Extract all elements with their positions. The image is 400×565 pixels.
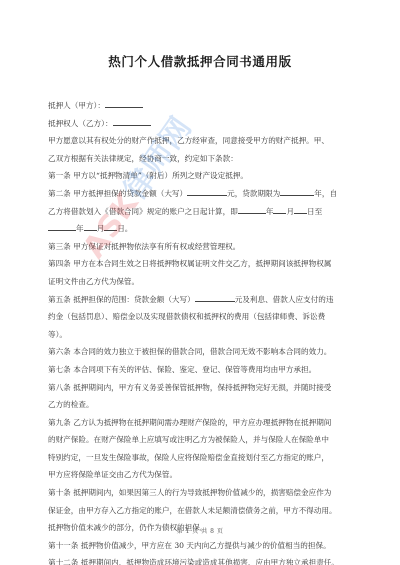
mortgagor-line: 抵押人（甲方）： bbox=[48, 97, 363, 115]
mortgagor-label: 抵押人（甲方）： bbox=[48, 101, 105, 110]
clause-2-text: 第二条 甲方抵押担保的贷款金额（大写） bbox=[48, 189, 187, 198]
clause-9-line-1: 第九条 乙方认为抵押物在抵押期间需办理财产保险的，甲方应办理抵押物在抵押期间 bbox=[48, 414, 363, 432]
start-month-blank bbox=[273, 204, 286, 214]
clause-5-line-1: 第五条 抵押担保的范围：贷款金额（大写）元及利息、借款人应支付的违 bbox=[48, 291, 363, 309]
preamble-line-1: 甲方愿意以其有权处分的财产作抵押，乙方经审查，同意接受甲方的财产抵押。甲、 bbox=[48, 132, 363, 150]
clause-5-text: 元及利息、借款人应支付的违 bbox=[235, 295, 334, 304]
clause-9-line-2: 的财产保险。在财产保险单上应填写或注明乙方为被保险人，并与保险人在保险单中 bbox=[48, 431, 363, 449]
clause-2-text: 元，贷款期限为 bbox=[227, 189, 280, 198]
mortgagee-line: 抵押权人（乙方）： bbox=[48, 115, 363, 133]
month-label: 月 bbox=[97, 224, 105, 233]
year-label: 年 bbox=[266, 207, 274, 216]
preamble-line-2: 乙双方根据有关法律规定，经协商一致，约定如下条款： bbox=[48, 150, 363, 168]
clause-4-line-2: 证明文件由乙方代为保管。 bbox=[48, 273, 363, 291]
start-year-blank bbox=[238, 204, 266, 214]
page-number: 第 1 页 共 8 页 bbox=[0, 526, 400, 535]
clause-10-line-1: 第十条 抵押期间内，如果因第三人的行为导致抵押物价值减少的，损害赔偿金应作为 bbox=[48, 484, 363, 502]
clause-9-line-3: 特别约定，一旦发生保险事故，保险人应将保险赔偿金直接划付至乙方指定的账户， bbox=[48, 449, 363, 467]
day-to-label: 日至 bbox=[307, 207, 322, 216]
document-title: 热门个人借款抵押合同书通用版 bbox=[0, 52, 400, 70]
clause-7: 第七条 本合同项下有关的评估、保险、鉴定、登记、保管等费用均由甲方承担。 bbox=[48, 361, 363, 379]
mortgagor-blank bbox=[105, 98, 143, 108]
mortgagee-label: 抵押权人（乙方）： bbox=[48, 119, 113, 128]
clause-9-line-4: 甲方应将保险单证交由乙方代为保管。 bbox=[48, 466, 363, 484]
clause-11: 第十一条 抵押物价值减少，甲方应在 30 天内向乙方提供与减少的价值相当的担保。 bbox=[48, 537, 363, 555]
clause-5-line-2: 约金（包括罚息）、赔偿金以及实现借款债权和抵押权的费用（包括律师费、诉讼费 bbox=[48, 308, 363, 326]
loan-amount-blank bbox=[187, 186, 227, 196]
month-label: 月 bbox=[286, 207, 294, 216]
clause-1: 第一条 甲方以“抵押物清单”（附后）所列之财产设定抵押。 bbox=[48, 167, 363, 185]
end-year-blank bbox=[48, 221, 76, 231]
day-label: 日。 bbox=[117, 224, 132, 233]
clause-4-line-1: 第四条 甲方在本合同生效之日将抵押物权属证明文件交乙方，抵押期间该抵押物权属 bbox=[48, 255, 363, 273]
year-label: 年 bbox=[76, 224, 84, 233]
start-day-blank bbox=[294, 204, 307, 214]
clause-12: 第十二条 抵押期间内，抵押物造成环境污染或造成其他损害，应由甲方独立承担责任。 bbox=[48, 554, 363, 565]
clause-2-line-2: 乙方将借款划入《借款合同》规定的账户之日起计算，即年月日至 bbox=[48, 203, 363, 221]
clause-6: 第六条 本合同的效力独立于被担保的借款合同，借款合同无效不影响本合同的效力。 bbox=[48, 343, 363, 361]
clause-3: 第三条 甲方保证对抵押物依法享有所有权或经营管理权。 bbox=[48, 238, 363, 256]
mortgagee-blank bbox=[113, 116, 151, 126]
clause-5-text: 第五条 抵押担保的范围：贷款金额（大写） bbox=[48, 295, 195, 304]
clause-2-text: 乙方将借款划入《借款合同》规定的账户之日起计算，即 bbox=[48, 207, 238, 216]
clause-10-line-2: 保证金，由甲方存入乙方指定的账户，在借款人未足额清偿债务之前，甲方不得动用。 bbox=[48, 502, 363, 520]
end-day-blank bbox=[104, 221, 117, 231]
end-month-blank bbox=[84, 221, 97, 231]
guarantee-amount-blank bbox=[195, 292, 235, 302]
document-page: 热门个人借款抵押合同书通用版 抵押人（甲方）： 抵押权人（乙方）： 甲方愿意以其… bbox=[0, 0, 400, 565]
clause-2-line-3: 年月日。 bbox=[48, 220, 363, 238]
document-body: 抵押人（甲方）： 抵押权人（乙方）： 甲方愿意以其有权处分的财产作抵押，乙方经审… bbox=[48, 97, 363, 565]
loan-term-blank bbox=[280, 186, 314, 196]
clause-8-line-2: 乙方的检查。 bbox=[48, 396, 363, 414]
clause-2-line-1: 第二条 甲方抵押担保的贷款金额（大写）元，贷款期限为年，自 bbox=[48, 185, 363, 203]
clause-8-line-1: 第八条 抵押期间内，甲方有义务妥善保管抵押物，保持抵押物完好无损，并随时接受 bbox=[48, 379, 363, 397]
clause-2-text: 年，自 bbox=[314, 189, 337, 198]
clause-5-line-3: 等）。 bbox=[48, 326, 363, 344]
